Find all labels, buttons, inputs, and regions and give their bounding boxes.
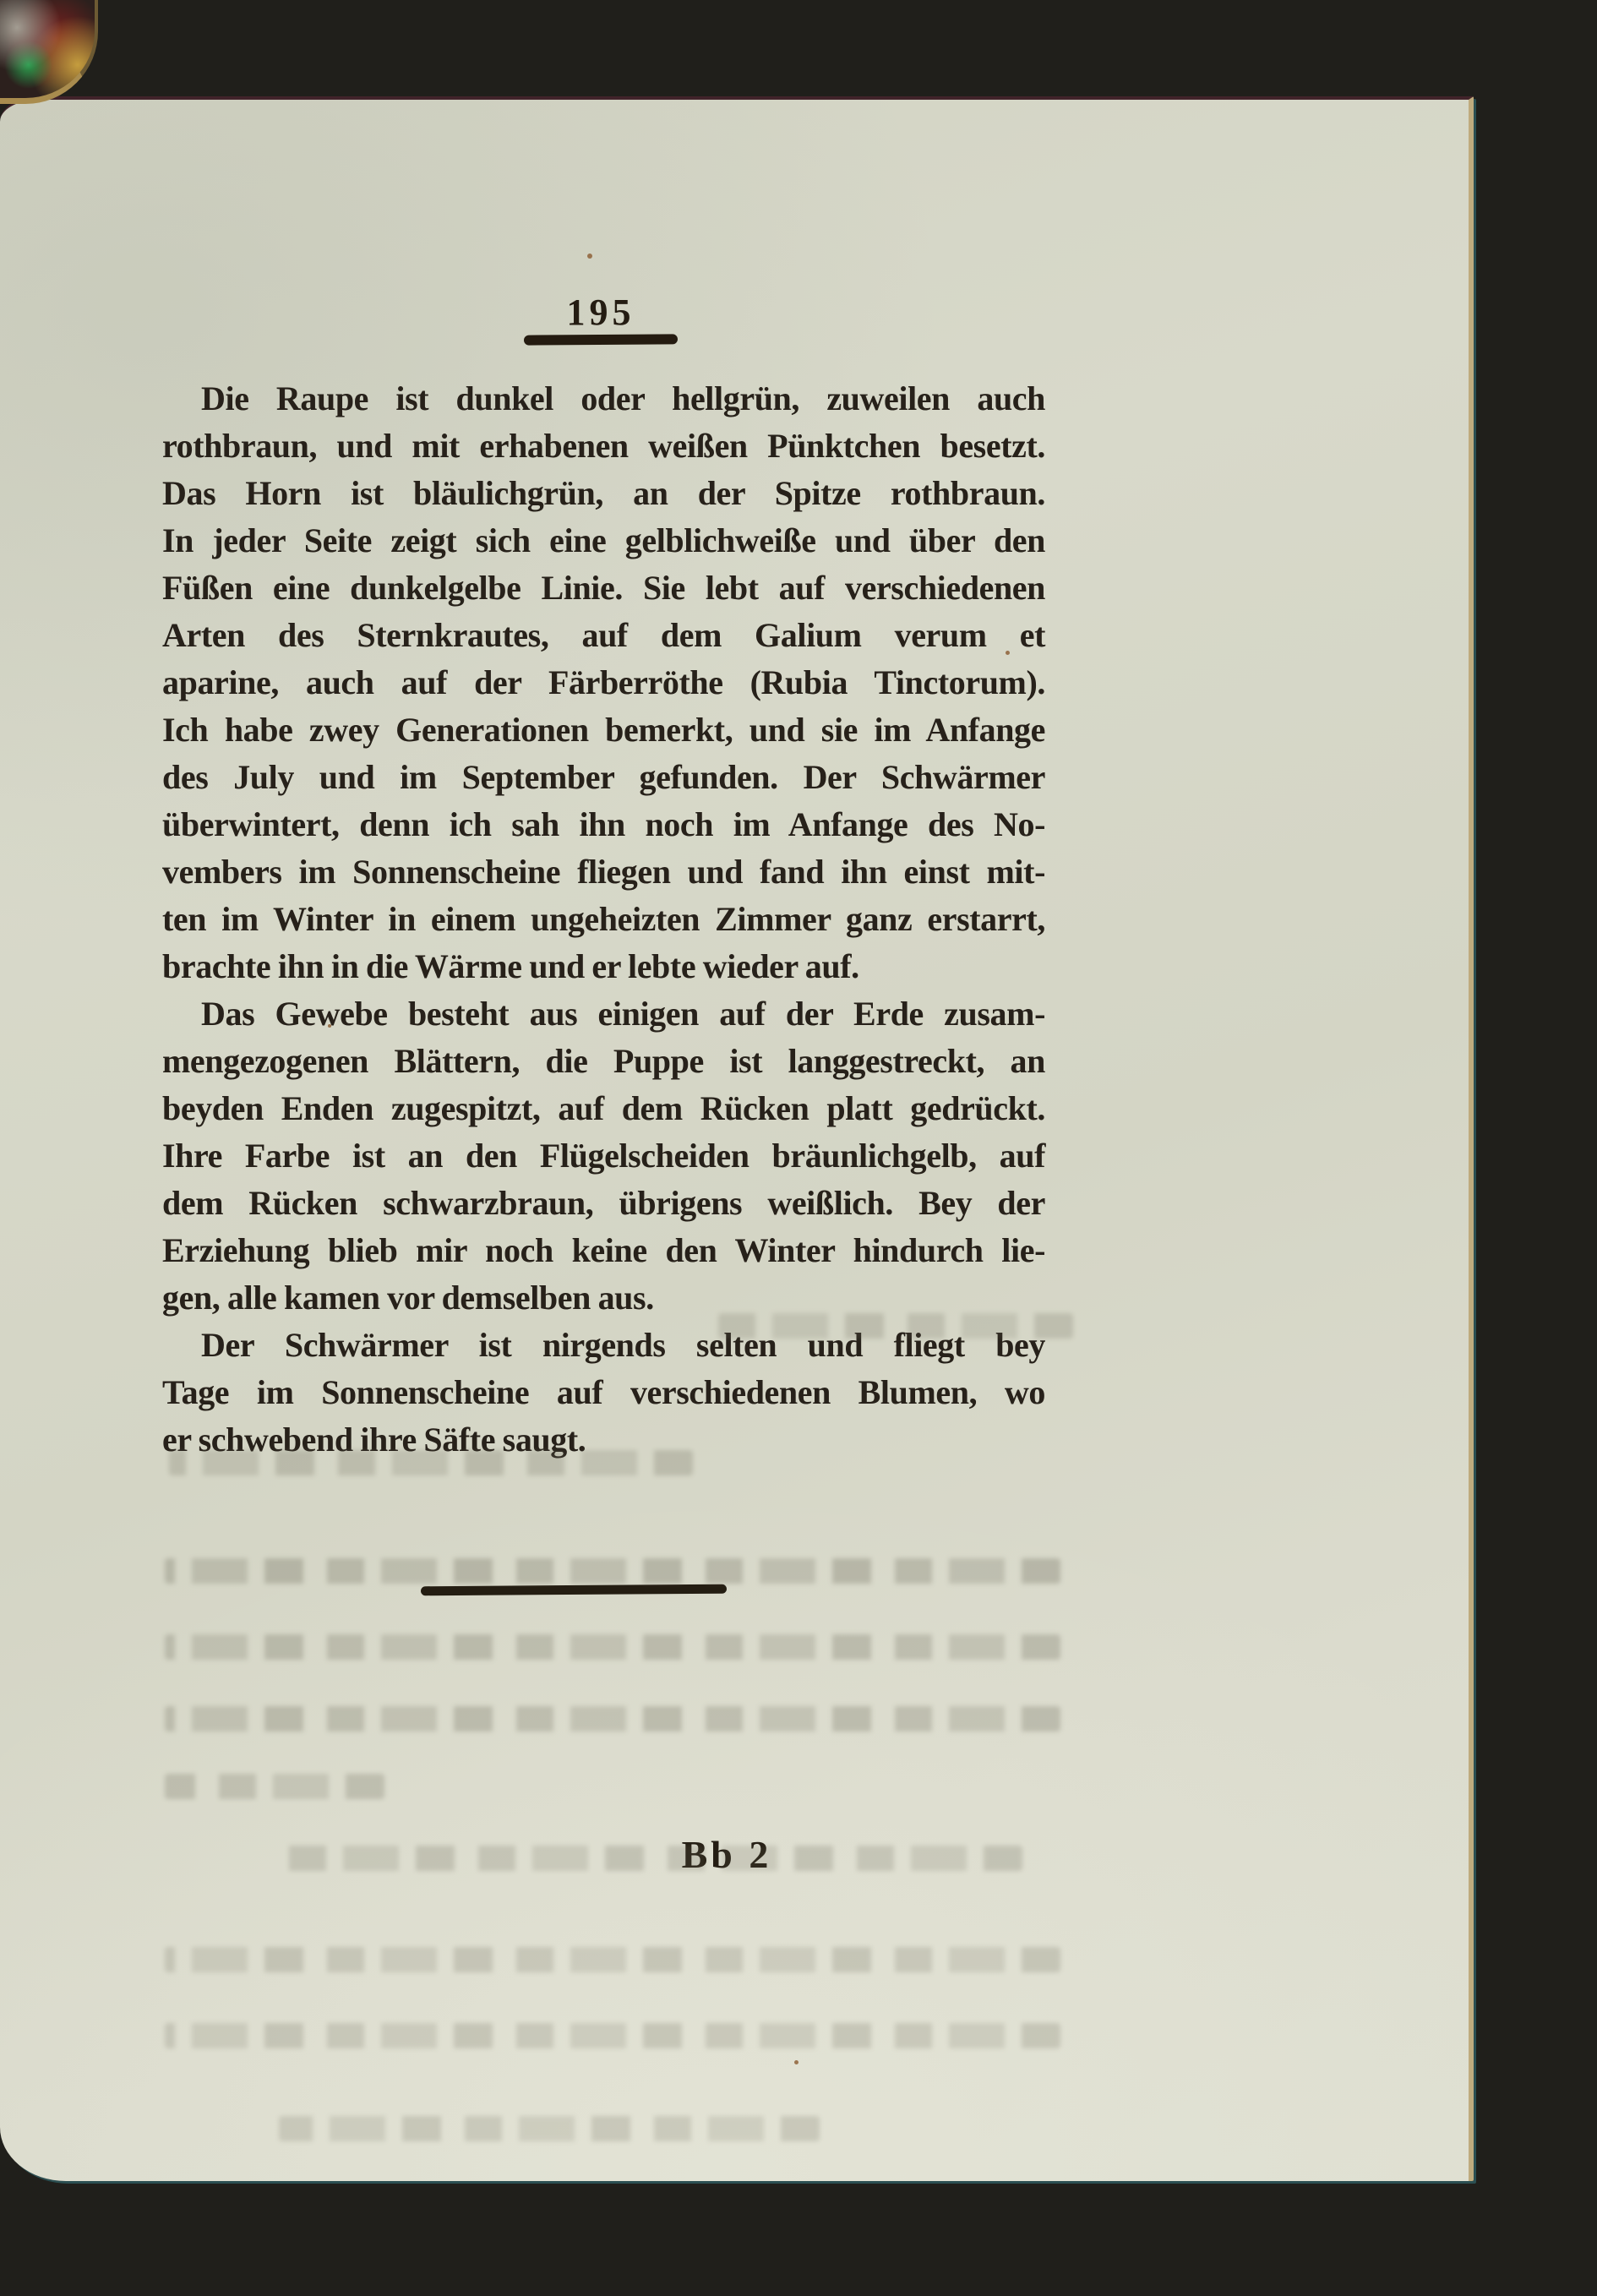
text-line: beyden Enden zugespitzt, auf dem Rücken … xyxy=(162,1085,1045,1132)
paragraph: Das Gewebe besteht aus einigen auf der E… xyxy=(162,990,1045,1322)
text-line: Ihre Farbe ist an den Flügelscheiden brä… xyxy=(162,1132,1045,1180)
paper-speck xyxy=(587,254,592,259)
page-number-underline xyxy=(524,334,678,345)
marbled-cover-fragment xyxy=(0,0,98,104)
text-line: überwintert, denn ich sah ihn noch im An… xyxy=(162,801,1045,848)
text-line: Die Raupe ist dunkel oder hellgrün, zuwe… xyxy=(162,375,1045,423)
text-line: des July und im September gefunden. Der … xyxy=(162,754,1045,801)
bleed-through-line xyxy=(165,2023,1060,2048)
body-text: Die Raupe ist dunkel oder hellgrün, zuwe… xyxy=(162,375,1045,1464)
book-page: 195 Die Raupe ist dunkel oder hellgrün, … xyxy=(0,96,1474,2181)
bleed-through-line xyxy=(279,2116,820,2141)
section-divider-rule xyxy=(421,1584,727,1596)
bleed-through-line xyxy=(165,1774,384,1799)
text-line: aparine, auch auf der Färberröthe (Rubia… xyxy=(162,659,1045,706)
bleed-through-line xyxy=(165,1706,1060,1732)
bleed-through-line xyxy=(279,1846,1022,1871)
paper-speck xyxy=(794,2060,798,2064)
text-line: Das Gewebe besteht aus einigen auf der E… xyxy=(162,990,1045,1038)
text-line: Arten des Sternkrautes, auf dem Galium v… xyxy=(162,612,1045,659)
bleed-through-line xyxy=(165,1634,1060,1660)
text-line: Das Horn ist bläulichgrün, an der Spitze… xyxy=(162,470,1045,517)
paper-speck xyxy=(1006,651,1010,655)
text-line: Ich habe zwey Generationen bemerkt, und … xyxy=(162,706,1045,754)
text-line: vembers im Sonnenscheine fliegen und fan… xyxy=(162,848,1045,896)
text-line: In jeder Seite zeigt sich eine gelblichw… xyxy=(162,517,1045,564)
text-line: Füßen eine dunkelgelbe Linie. Sie lebt a… xyxy=(162,564,1045,612)
paragraph: Der Schwärmer ist nirgends selten und fl… xyxy=(162,1322,1045,1464)
bleed-through-line xyxy=(169,1450,693,1475)
text-line: dem Rücken schwarzbraun, übrigens weißli… xyxy=(162,1180,1045,1227)
text-line: Tage im Sonnenscheine auf verschiedenen … xyxy=(162,1369,1045,1416)
text-line: Erziehung blieb mir noch keine den Winte… xyxy=(162,1227,1045,1274)
text-line: brachte ihn in die Wärme und er lebte wi… xyxy=(162,943,1045,990)
paragraph: Die Raupe ist dunkel oder hellgrün, zuwe… xyxy=(162,375,1045,990)
text-line: rothbraun, und mit erhabenen weißen Pünk… xyxy=(162,423,1045,470)
scan-background: 195 Die Raupe ist dunkel oder hellgrün, … xyxy=(0,0,1597,2296)
bleed-through-line xyxy=(165,1558,1060,1584)
bleed-through-line xyxy=(718,1313,1073,1339)
page-number: 195 xyxy=(526,291,676,334)
text-line: mengezogenen Blättern, die Puppe ist lan… xyxy=(162,1038,1045,1085)
bleed-through-line xyxy=(165,1947,1060,1972)
paper-speck xyxy=(328,1024,331,1028)
text-line: ten im Winter in einem ungeheizten Zimme… xyxy=(162,896,1045,943)
